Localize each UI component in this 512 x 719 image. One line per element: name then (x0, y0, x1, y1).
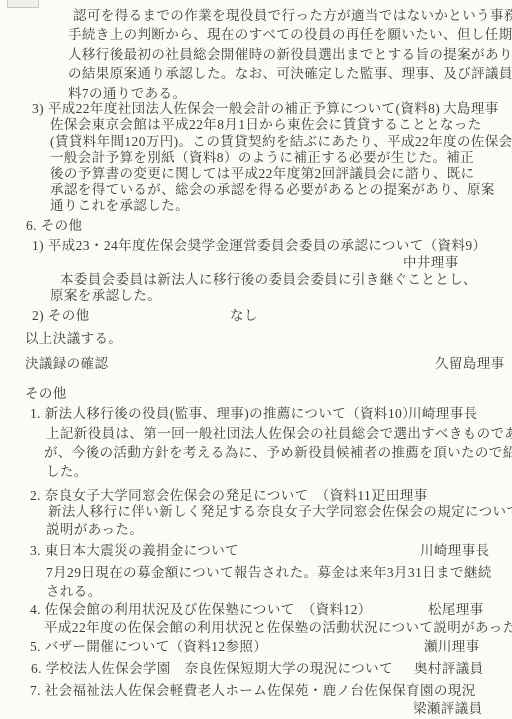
text-line: 久留島理事 (435, 356, 505, 371)
text-line: 5. バザー開催について（資料12参照） (30, 639, 267, 654)
text-line: 説明があった。 (46, 522, 143, 537)
scanned-minutes-page: 認可を得るまでの作業を現役員で行った方が適当ではないかという事務手続き上の判断か… (0, 0, 512, 719)
text-line: した。 (46, 464, 88, 479)
text-line: が、今後の活動方針を考える為に、予め新役員候補者の推薦を頂いたので紹介 (44, 445, 512, 460)
scan-edge-artifact (7, 0, 39, 8)
text-line: 2) その他 (32, 308, 90, 323)
text-line: 料7の通りである。 (68, 86, 186, 101)
text-line: 後の予算書の変更に関しては平成22年度第2回評議員会に諮り、既に (50, 166, 475, 181)
text-line: その他 (25, 386, 67, 401)
text-line: 3. 東日本大震災の義捐金について (30, 543, 239, 558)
text-line: 佐保会東京会館は平成22年8月1日から東佐会に賃貸することとなった (50, 117, 482, 132)
text-line: なし (230, 308, 258, 323)
text-line: 瀬川理事 (424, 639, 480, 654)
text-line: 1. 新法人移行後の役員(監事、理事)の推薦について（資料10） (30, 406, 416, 421)
text-line: 新法人移行に伴い新しく発足する奈良女子大学同窓会佐保会の規定について、 (48, 504, 512, 519)
text-line: 平成22年度の佐保会館の利用状況と佐保塾の活動状況について説明があった。 (44, 620, 512, 635)
text-line: 松尾理事 (428, 602, 484, 617)
text-line: 手続き上の判断から、現在のすべての役員の再任を願いたい、但し任期は新法 (68, 27, 512, 42)
text-line: 承認を得ているが、総会の承認を得る必要があるとの提案があり、原案 (50, 182, 495, 197)
text-line: 奥村評議員 (414, 661, 484, 676)
text-line: の結果原案通り承認した。なお、可決確定した監事、理事、及び評議員は、資 (68, 66, 512, 81)
text-line: 上記新役員は、第一回一般社団法人佐保会の社員総会で選出すべきものである (46, 426, 512, 441)
text-line: 梁瀬評議員 (413, 701, 483, 716)
text-line: 4. 佐保会館の利用状況及び佐保塾について （資料12） (30, 602, 372, 617)
text-line: 7. 社会福祉法人佐保会軽費老人ホーム佐保苑・鹿ノ台佐保保育園の現況 (30, 683, 476, 698)
text-line: 以上決議する。 (25, 331, 122, 346)
text-line: 川崎理事長 (420, 543, 490, 558)
text-line: 大島理事 (443, 101, 499, 116)
text-line: 通りこれを承認した。 (50, 198, 189, 213)
text-line: 原案を承認した。 (50, 288, 161, 303)
text-line: される。 (46, 584, 102, 599)
text-line: 6. その他 (26, 218, 82, 233)
text-line: 疋田理事 (372, 488, 428, 503)
text-line: 本委員会委員は新法人に移行後の委員会委員に引き継ぐこととし、 (60, 272, 477, 287)
text-line: 2. 奈良女子大学同窓会佐保会の発足について （資料11） (30, 488, 385, 503)
text-line: 川崎理事長 (408, 406, 478, 421)
text-line: 決議録の確認 (25, 356, 108, 371)
text-line: 一般会計予算を別紙（資料8）のように補正する必要が生じた。補正 (50, 150, 474, 165)
text-line: 7月29日現在の募金額について報告された。募金は来年3月31日まで継続 (46, 565, 492, 580)
text-line: (賃貸料年間120万円)。この賃貸契約を結ぶにあたり、平成22年度の佐保会 (50, 134, 512, 149)
text-line: 3) 平成22年度社団法人佐保会一般会計の補正予算について(資料8) (32, 101, 440, 116)
text-line: 人移行後最初の社員総会開催時の新役員選出までとする旨の提案があり、検討 (68, 47, 512, 62)
text-line: 中井理事 (403, 255, 459, 270)
text-line: 6. 学校法人佐保会学園 奈良佐保短期大学の現況について (31, 661, 393, 676)
text-line: 認可を得るまでの作業を現役員で行った方が適当ではないかという事務 (73, 8, 512, 23)
text-line: 1) 平成23・24年度佐保会奨学金運営委員会委員の承認について（資料9） (32, 238, 486, 253)
